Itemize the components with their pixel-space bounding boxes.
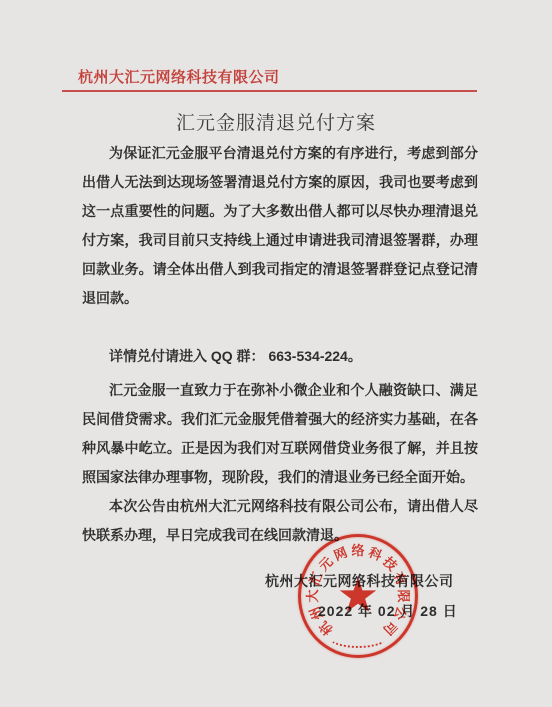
signature-date: 2022 年 02 月 28 日: [318, 601, 458, 621]
company-seal-stamp: 杭州大汇元网络科技有限公司: [298, 534, 418, 658]
seal-ring: [298, 534, 418, 658]
qq-group-line: 详情兑付请进入 QQ 群： 663-534-224。: [82, 342, 478, 371]
signature-company-name: 杭州大汇元网络科技有限公司: [265, 571, 454, 591]
seal-code-arc: [327, 624, 389, 648]
letterhead-company-name: 杭州大汇元网络科技有限公司: [78, 69, 280, 86]
paragraph-announcement: 本次公告由杭州大汇元网络科技有限公司公布，请出借人尽快联系办理，早日完成我司在线…: [82, 492, 478, 550]
paragraph-intro: 为保证汇元金服平台清退兑付方案的有序进行，考虑到部分出借人无法到达现场签署清退兑…: [82, 139, 478, 313]
seal-ring-text: 杭州大汇元网络科技有限公司: [298, 534, 418, 658]
document-title: 汇元金服清退兑付方案: [0, 108, 552, 135]
letterhead: 杭州大汇元网络科技有限公司: [62, 66, 477, 92]
document-page: 杭州大汇元网络科技有限公司 汇元金服清退兑付方案 为保证汇元金服平台清退兑付方案…: [0, 0, 552, 707]
paragraph-company-background: 汇元金服一直致力于在弥补小微企业和个人融资缺口、满足民间借贷需求。我们汇元金服凭…: [82, 376, 478, 492]
document-body: 为保证汇元金服平台清退兑付方案的有序进行，考虑到部分出借人无法到达现场签署清退兑…: [82, 139, 478, 550]
